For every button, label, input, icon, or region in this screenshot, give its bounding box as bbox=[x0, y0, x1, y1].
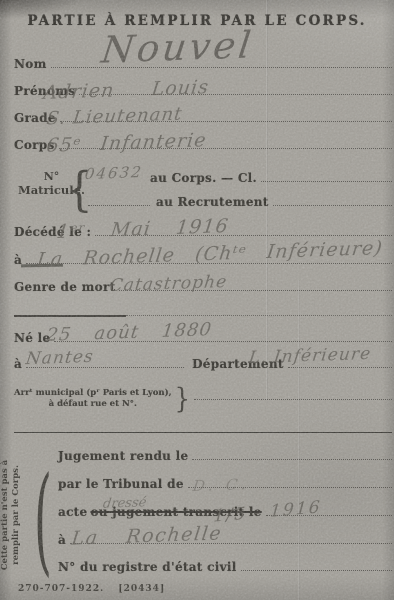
registre-label: N° du registre d'état civil bbox=[58, 560, 237, 574]
section-divider bbox=[14, 315, 392, 317]
handwriting-matricule: 04632 bbox=[84, 163, 144, 183]
au-corps-label: au Corps. — Cl. bbox=[150, 171, 257, 185]
section-divider bbox=[14, 432, 392, 433]
handwriting-ne-a: Nantes bbox=[25, 347, 95, 369]
tribunal-label: par le Tribunal de bbox=[58, 477, 184, 491]
handwriting-acte-date: 1/5 - 1916 bbox=[213, 497, 323, 526]
acte-label: acte bbox=[58, 505, 87, 519]
handwriting-genre-de-mort: Catastrophe bbox=[108, 272, 228, 296]
dotted-rule bbox=[273, 204, 392, 206]
au-recrutement-label: au Recrutement bbox=[156, 195, 269, 209]
handwriting-nom: Nouvel bbox=[99, 23, 256, 71]
jugement-rendu-label: Jugement rendu le bbox=[58, 449, 188, 463]
handwriting-corps: 65ᵉ Infanterie bbox=[45, 129, 208, 157]
handwriting-grade: S. Lieutenant bbox=[45, 104, 183, 130]
dotted-rule bbox=[241, 569, 392, 571]
dotted-rule bbox=[194, 398, 392, 400]
arrondissement-label-line2: à défaut rue et N°. bbox=[14, 399, 172, 410]
matricule-row-recrutement: au Recrutement bbox=[84, 193, 392, 209]
field-row-jugement-rendu: Jugement rendu le bbox=[58, 447, 392, 463]
genre-de-mort-label: Genre de mort bbox=[14, 280, 115, 294]
imprint-number: 270-707-1922. bbox=[18, 584, 104, 594]
dotted-rule bbox=[192, 458, 392, 460]
side-note-rotated: Cette partie n'est pas à remplir par le … bbox=[0, 453, 36, 577]
reference-number: [20434] bbox=[118, 584, 165, 594]
divider-dotted-segment bbox=[126, 315, 392, 316]
dotted-rule bbox=[261, 180, 392, 182]
arrondissement-label-line1: Arrᵗ municipal (pʳ Paris et Lyon), bbox=[14, 388, 172, 399]
vertical-crease bbox=[298, 280, 300, 600]
dotted-rule bbox=[88, 204, 150, 206]
nom-label: Nom bbox=[14, 57, 47, 71]
scanned-death-record-form: PARTIE À REMPLIR PAR LE CORPS. Nom Nouve… bbox=[0, 0, 394, 600]
ne-a-label: à bbox=[14, 357, 22, 371]
judgement-brace: ( bbox=[34, 451, 52, 587]
handwriting-tribunal: D. C. bbox=[192, 475, 251, 495]
arrondissement-label: Arrᵗ municipal (pʳ Paris et Lyon), à déf… bbox=[14, 388, 172, 410]
print-reference: 270-707-1922. [20434] bbox=[18, 584, 175, 594]
dotted-rule bbox=[288, 366, 392, 368]
arrondissement-brace: } bbox=[175, 386, 190, 411]
brace-glyph: ( bbox=[34, 450, 52, 588]
lieu-label: à bbox=[58, 533, 66, 547]
divider-solid-segment bbox=[14, 315, 126, 317]
field-row-registre: N° du registre d'état civil bbox=[58, 558, 392, 574]
handwriting-prenoms: Adrien Louis bbox=[42, 76, 210, 104]
field-row-arrondissement: Arrᵗ municipal (pʳ Paris et Lyon), à déf… bbox=[14, 388, 392, 410]
